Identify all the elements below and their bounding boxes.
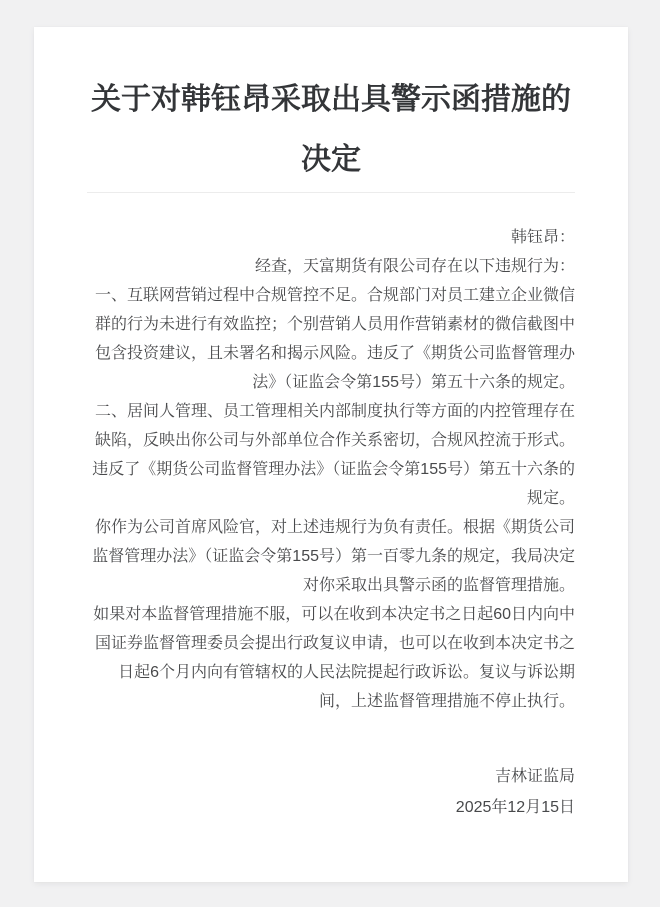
signature-agency: 吉林证监局 <box>87 761 575 792</box>
paragraph-appeal-rights: 如果对本监督管理措施不服，可以在收到本决定书之日起60日内向中国证券监督管理委员… <box>87 600 575 716</box>
paragraph-intro: 经查，天富期货有限公司存在以下违规行为： <box>87 252 575 281</box>
signature-block: 吉林证监局 2025年12月15日 <box>87 761 575 823</box>
paragraph-violation-1: 一、互联网营销过程中合规管控不足。合规部门对员工建立企业微信群的行为未进行有效监… <box>87 281 575 397</box>
document-card: 关于对韩钰昂采取出具警示函措施的决定 韩钰昂： 经查，天富期货有限公司存在以下违… <box>34 27 628 882</box>
signature-date: 2025年12月15日 <box>87 792 575 823</box>
paragraph-salutation: 韩钰昂： <box>87 223 575 252</box>
paragraph-decision: 你作为公司首席风险官，对上述违规行为负有责任。根据《期货公司监督管理办法》（证监… <box>87 513 575 600</box>
document-body: 韩钰昂： 经查，天富期货有限公司存在以下违规行为： 一、互联网营销过程中合规管控… <box>87 223 575 716</box>
title-divider <box>87 192 575 193</box>
page-title: 关于对韩钰昂采取出具警示函措施的决定 <box>87 70 575 190</box>
page-background: 关于对韩钰昂采取出具警示函措施的决定 韩钰昂： 经查，天富期货有限公司存在以下违… <box>0 0 660 907</box>
paragraph-violation-2: 二、居间人管理、员工管理相关内部制度执行等方面的内控管理存在缺陷，反映出你公司与… <box>87 397 575 513</box>
